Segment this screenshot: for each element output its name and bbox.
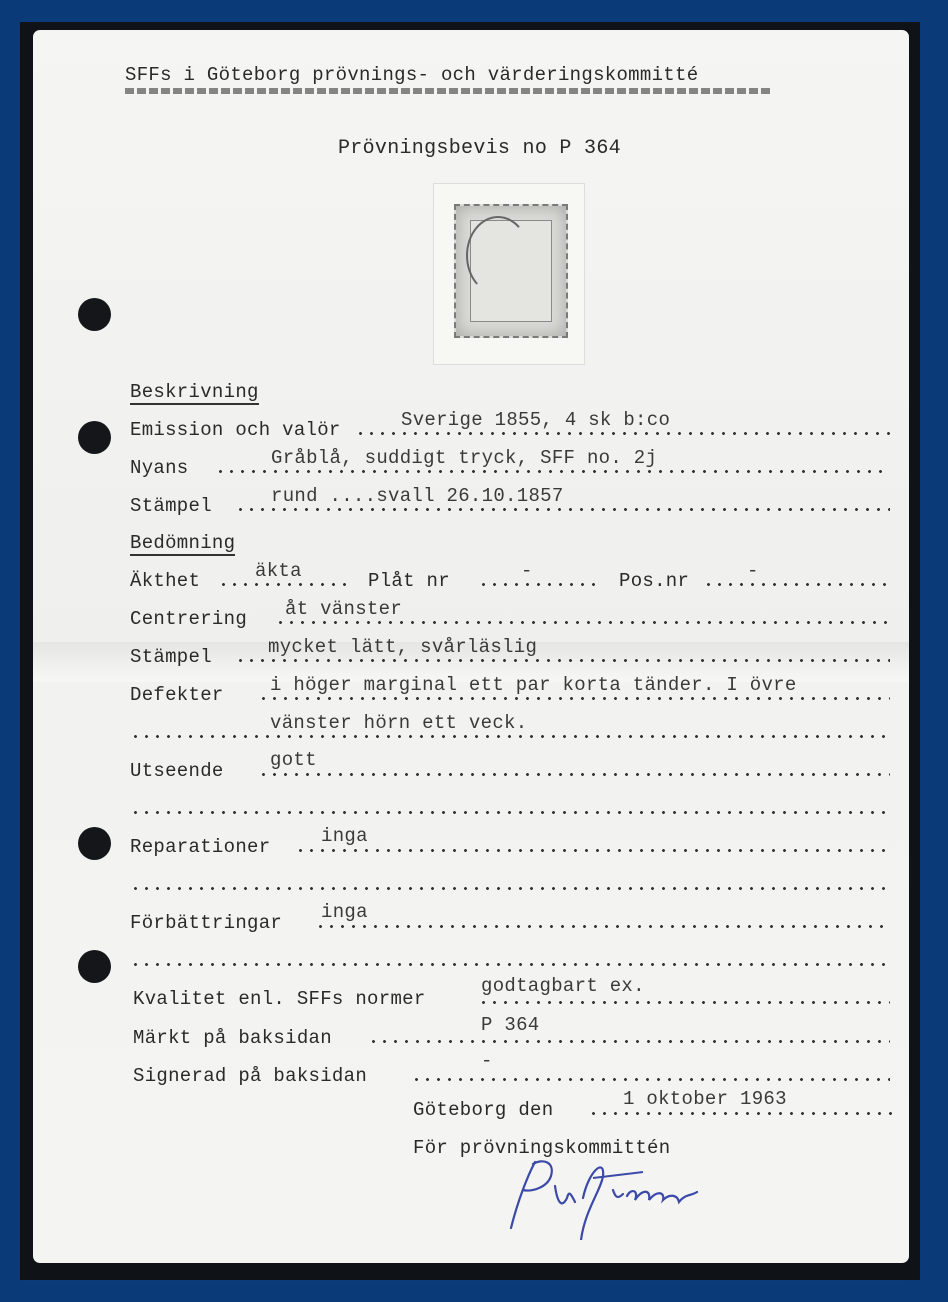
field-label-stampel-bedomning: Stämpel <box>130 646 212 668</box>
dotted-leader <box>130 811 890 814</box>
dotted-leader <box>355 432 890 435</box>
field-value-defekter: i höger marginal ett par korta tänder. I… <box>270 674 797 696</box>
header-double-underline <box>125 88 773 94</box>
section-heading-bedomning: Bedömning <box>130 532 235 554</box>
dotted-leader <box>130 887 890 890</box>
field-value-stampel-bedomning: mycket lätt, svårläslig <box>268 636 537 658</box>
dotted-leader <box>130 735 890 738</box>
dotted-leader <box>258 773 890 776</box>
field-value-pos: - <box>747 560 759 582</box>
dotted-leader <box>588 1112 898 1115</box>
punch-hole <box>78 950 111 983</box>
dotted-leader <box>315 925 890 928</box>
field-label-utseende: Utseende <box>130 760 224 782</box>
dotted-leader <box>130 963 890 966</box>
stamp-image <box>454 204 568 338</box>
field-label-plat: Plåt nr <box>368 570 450 592</box>
field-label-pos: Pos.nr <box>619 570 689 592</box>
section-heading-beskrivning: Beskrivning <box>130 381 259 403</box>
field-label-reparationer: Reparationer <box>130 836 270 858</box>
field-label-signerad: Signerad på baksidan <box>133 1065 367 1087</box>
certificate-paper: SFFs i Göteborg prövnings- och värdering… <box>33 30 909 1263</box>
field-value-nyans: Gråblå, suddigt tryck, SFF no. 2j <box>271 447 657 469</box>
field-label-stampel: Stämpel <box>130 495 212 517</box>
field-value-centrering: åt vänster <box>285 598 402 620</box>
field-label-forbattringar: Förbättringar <box>130 912 282 934</box>
field-value-forbattringar: inga <box>321 901 368 923</box>
stamp-photo-card <box>433 183 585 365</box>
postmark-arc <box>466 216 530 295</box>
date-value: 1 oktober 1963 <box>623 1088 787 1110</box>
dotted-leader <box>258 697 890 700</box>
field-value-utseende: gott <box>270 749 317 771</box>
field-value-reparationer: inga <box>321 825 368 847</box>
dotted-leader <box>218 583 348 586</box>
dotted-leader <box>411 1078 890 1081</box>
dotted-leader <box>235 659 890 662</box>
dotted-leader <box>478 1001 890 1004</box>
field-value-markt: P 364 <box>481 1014 540 1036</box>
punch-hole <box>78 421 111 454</box>
field-label-kvalitet: Kvalitet enl. SFFs normer <box>133 988 426 1010</box>
field-value-emission: Sverige 1855, 4 sk b:co <box>401 409 670 431</box>
field-label-centrering: Centrering <box>130 608 247 630</box>
punch-hole <box>78 827 111 860</box>
field-value-signerad: - <box>481 1050 493 1072</box>
field-label-markt: Märkt på baksidan <box>133 1027 332 1049</box>
punch-hole <box>78 298 111 331</box>
dotted-leader <box>235 508 890 511</box>
organization-header: SFFs i Göteborg prövnings- och värdering… <box>125 64 698 86</box>
dotted-leader <box>478 583 598 586</box>
field-value-kvalitet: godtagbart ex. <box>481 975 645 997</box>
field-label-emission: Emission och valör <box>130 419 341 441</box>
field-value-stampel: rund ....svall 26.10.1857 <box>271 485 564 507</box>
dotted-leader <box>275 621 890 624</box>
dotted-leader <box>703 583 890 586</box>
field-label-akthet: Äkthet <box>130 570 200 592</box>
signature <box>473 1150 703 1240</box>
dotted-leader <box>215 470 890 473</box>
dotted-leader <box>295 849 890 852</box>
field-value-akthet: äkta <box>255 560 302 582</box>
dotted-leader <box>368 1040 890 1043</box>
field-label-nyans: Nyans <box>130 457 189 479</box>
field-value-defekter-cont: vänster hörn ett veck. <box>270 712 527 734</box>
field-label-defekter: Defekter <box>130 684 224 706</box>
certificate-title: Prövningsbevis no P 364 <box>338 137 621 160</box>
field-value-plat: - <box>521 560 533 582</box>
place-label: Göteborg den <box>413 1099 553 1121</box>
